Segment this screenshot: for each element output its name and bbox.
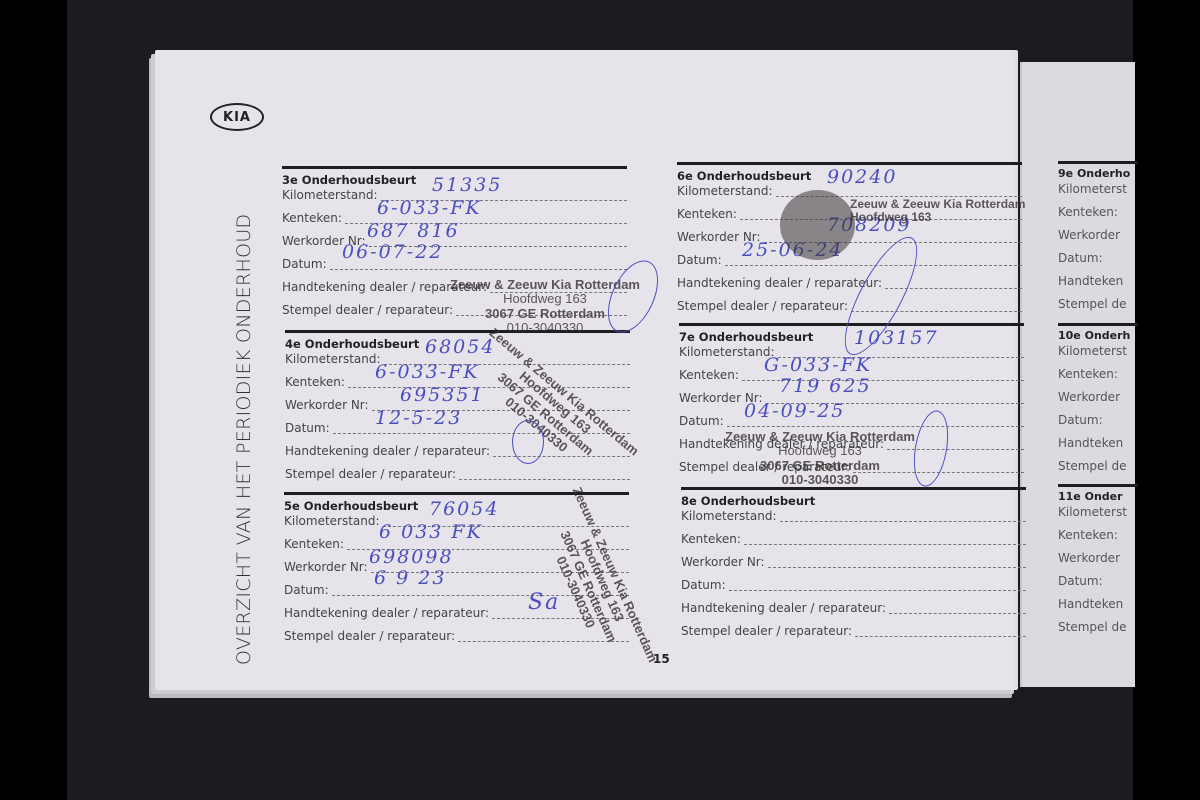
field-label: Kilometerstand: [679,344,775,367]
field-label: Stempel dealer / reparateur: [282,302,453,325]
field-label: Kilometerst [1058,342,1138,365]
handwritten-date: 6 9 23 [374,570,446,586]
service-section-8: 8e OnderhoudsbeurtKilometerstand:Kenteke… [681,487,1026,646]
field-date: Datum:25-06-24 [677,252,1022,275]
section-rule [681,487,1026,490]
field-label: Datum: [1058,411,1138,434]
field-label: Datum: [285,420,330,443]
section-rule [282,166,627,169]
field-label: Handteken [1058,595,1138,618]
field-label: Datum: [282,256,327,279]
handwritten-km: 76054 [429,501,499,517]
field-signature: Handtekening dealer / reparateur: [677,275,1022,298]
section-heading: 9e Onderho [1058,167,1138,180]
field-label: Stempel dealer / reparateur: [681,623,852,646]
field-label: Handtekening dealer / reparateur: [284,605,489,628]
field-label: Kenteken: [284,536,344,559]
fill-line [855,623,1026,637]
field-label: Kilometerstand: [681,508,777,531]
field-label: Stempel de [1058,295,1138,318]
field-order: Werkorder Nr:687 816 [282,233,627,256]
handwritten-date: 12-5-23 [375,410,462,426]
field-label: Werkorder [1058,388,1138,411]
handwritten-km: 51335 [432,177,502,193]
field-stamp: Stempel dealer / reparateur: [681,623,1026,646]
signature-4e [512,420,544,464]
dealer-stamp-7e: Zeeuw & Zeeuw Kia Rotterdam Hoofdweg 163… [725,430,915,487]
field-label: Kenteken: [677,206,737,229]
field-label: Werkorder Nr: [681,554,765,577]
handwritten-order: 695351 [400,387,485,403]
field-label: Kenteken: [679,367,739,390]
field-km: Kilometerstand: [681,508,1026,531]
dealer-stamp-6e: Zeeuw & Zeeuw Kia Rotterdam Hoofdweg 163 [850,198,1025,224]
field-label: Kilometerstand: [285,351,381,374]
field-label: Handteken [1058,434,1138,457]
section-heading: 8e Onderhoudsbeurt [681,494,1026,508]
field-label: Datum: [677,252,722,275]
fill-line [889,600,1026,614]
field-label: Datum: [284,582,329,605]
field-label: Stempel dealer / reparateur: [285,466,456,489]
field-label: Datum: [1058,249,1138,272]
field-label: Stempel de [1058,457,1138,480]
fill-line [780,508,1026,522]
handwritten-order: 687 816 [367,223,460,239]
fill-line [729,577,1026,591]
field-label: Werkorder [1058,549,1138,572]
field-label: Kilometerstand: [284,513,380,536]
field-label: Kenteken: [681,531,741,554]
service-section-10: 10e Onderh Kilometerst Kenteken: Werkord… [1058,323,1138,480]
service-section-9: 9e Onderho Kilometerst Kenteken: Werkord… [1058,161,1138,318]
field-label: Kilometerst [1058,503,1138,526]
field-label: Handtekening dealer / reparateur: [677,275,882,298]
field-label: Kenteken: [282,210,342,233]
handwritten-date: 06-07-22 [342,244,443,260]
handwritten-date: 04-09-25 [744,403,845,419]
field-label: Kenteken: [1058,365,1138,388]
field-label: Kilometerstand: [677,183,773,206]
section-heading: 11e Onder [1058,490,1138,503]
field-label: Stempel dealer / reparateur: [284,628,455,651]
handwritten-order: 719 625 [779,378,872,394]
page-number: 15 [653,652,670,666]
service-section-11: 11e Onder Kilometerst Kenteken: Werkorde… [1058,484,1138,641]
field-date: Datum:06-07-22 [282,256,627,279]
field-label: Datum: [681,577,726,600]
field-signature: Handtekening dealer / reparateur: [681,600,1026,623]
field-label: Handteken [1058,272,1138,295]
handwritten-plate: 6 033 FK [379,524,483,540]
field-order: Werkorder Nr:719 625 [679,390,1024,413]
field-stamp: Stempel dealer / reparateur: [284,628,629,651]
field-label: Werkorder Nr: [284,559,368,582]
field-label: Kenteken: [1058,203,1138,226]
field-label: Kenteken: [285,374,345,397]
fill-line [768,554,1026,568]
field-plate: Kenteken: [681,531,1026,554]
section-heading: 10e Onderh [1058,329,1138,342]
field-date: Datum: [681,577,1026,600]
side-title: OVERZICHT VAN HET PERIODIEK ONDERHOUD [233,214,255,665]
field-label: Handtekening dealer / reparateur: [681,600,886,623]
field-label: Kilometerst [1058,180,1138,203]
field-label: Datum: [679,413,724,436]
field-label: Werkorder [1058,226,1138,249]
field-label: Stempel de [1058,618,1138,641]
kia-logo: KIA [210,103,264,131]
field-label: Kilometerstand: [282,187,378,210]
field-order: Werkorder Nr: [681,554,1026,577]
handwritten-km: 90240 [827,169,897,185]
field-label: Kenteken: [1058,526,1138,549]
field-label: Stempel dealer / reparateur: [677,298,848,321]
field-label: Werkorder Nr: [285,397,369,420]
fill-line [744,531,1026,545]
stamp-smudge [780,190,855,260]
field-label: Handtekening dealer / reparateur: [285,443,490,466]
section-rule [677,162,1022,165]
signature-5e: Sa [528,590,560,615]
handwritten-plate: G-033-FK [764,357,872,373]
handwritten-order: 698098 [369,549,454,565]
field-label: Datum: [1058,572,1138,595]
handwritten-plate: 6-033-FK [377,200,482,216]
